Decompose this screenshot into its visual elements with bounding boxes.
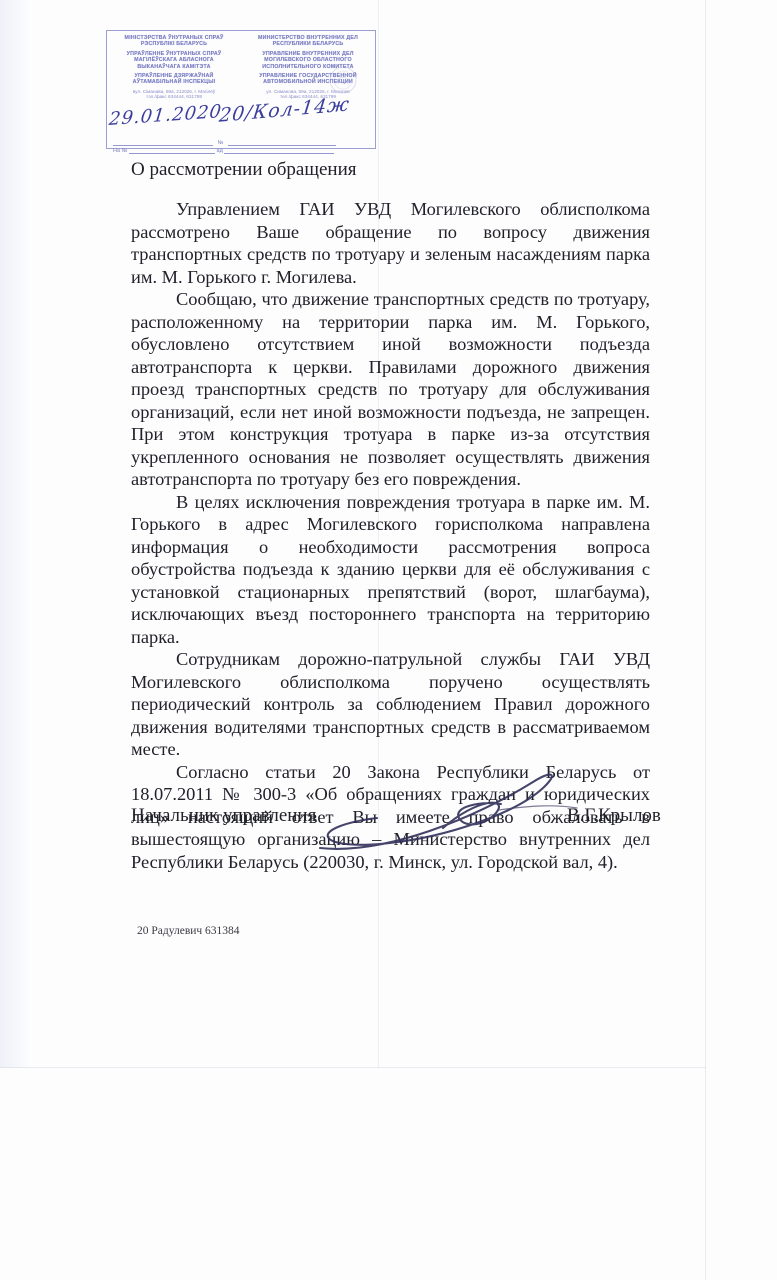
signoff-position: Начальник управления [131, 805, 316, 827]
paragraph: Сотрудникам дорожно-патрульной службы ГА… [131, 648, 650, 761]
scan-left-edge [0, 0, 28, 1068]
stamp-reply-label: На № [113, 148, 127, 154]
signoff-name: В.Г.Крылов [567, 805, 661, 827]
stamp-org-line: ВЫКАНАЎЧАГА КАМІТЭТА [107, 64, 241, 70]
stamp-blank-line [129, 142, 215, 154]
scan-fold-line [705, 0, 706, 1280]
signature-flourish [295, 758, 585, 858]
handwritten-date: 29.01.2020 [108, 101, 223, 130]
stamp-org-line: АЎТАМАБІЛЬНАЙ ІНСПЕКЦЫІ [107, 79, 241, 85]
stamp-org-line: РЭСПУБЛІКІ БЕЛАРУСЬ [107, 41, 241, 47]
stamp-phone: тэл./факс 634444, 631799 [107, 94, 241, 100]
paragraph: Управлением ГАИ УВД Могилевского облиспо… [131, 198, 650, 288]
paragraph: Сообщаю, что движение транспортных средс… [131, 288, 650, 491]
stamp-org-line: РЕСПУБЛИКИ БЕЛАРУСЬ [241, 41, 375, 47]
scan-bottom-edge [0, 1067, 706, 1068]
corner-stamp: МІНІСТЭРСТВА ЎНУТРАНЫХ СПРАЎ РЭСПУБЛІКІ … [106, 30, 376, 149]
service-note: 20 Радулевич 631384 [137, 925, 240, 937]
stamp-blank-line [224, 142, 334, 154]
stamp-registration-row: № [113, 128, 367, 142]
coat-of-arms-icon [328, 65, 358, 95]
letter-subject: О рассмотрении обращения [131, 159, 357, 181]
stamp-reply-row: На № ад [113, 142, 367, 154]
stamp-left-column: МІНІСТЭРСТВА ЎНУТРАНЫХ СПРАЎ РЭСПУБЛІКІ … [107, 35, 241, 100]
stamp-from-label: ад [217, 148, 223, 154]
paragraph: В целях исключения повреждения тротуара … [131, 491, 650, 649]
document-page: МІНІСТЭРСТВА ЎНУТРАНЫХ СПРАЎ РЭСПУБЛІКІ … [0, 0, 777, 1280]
